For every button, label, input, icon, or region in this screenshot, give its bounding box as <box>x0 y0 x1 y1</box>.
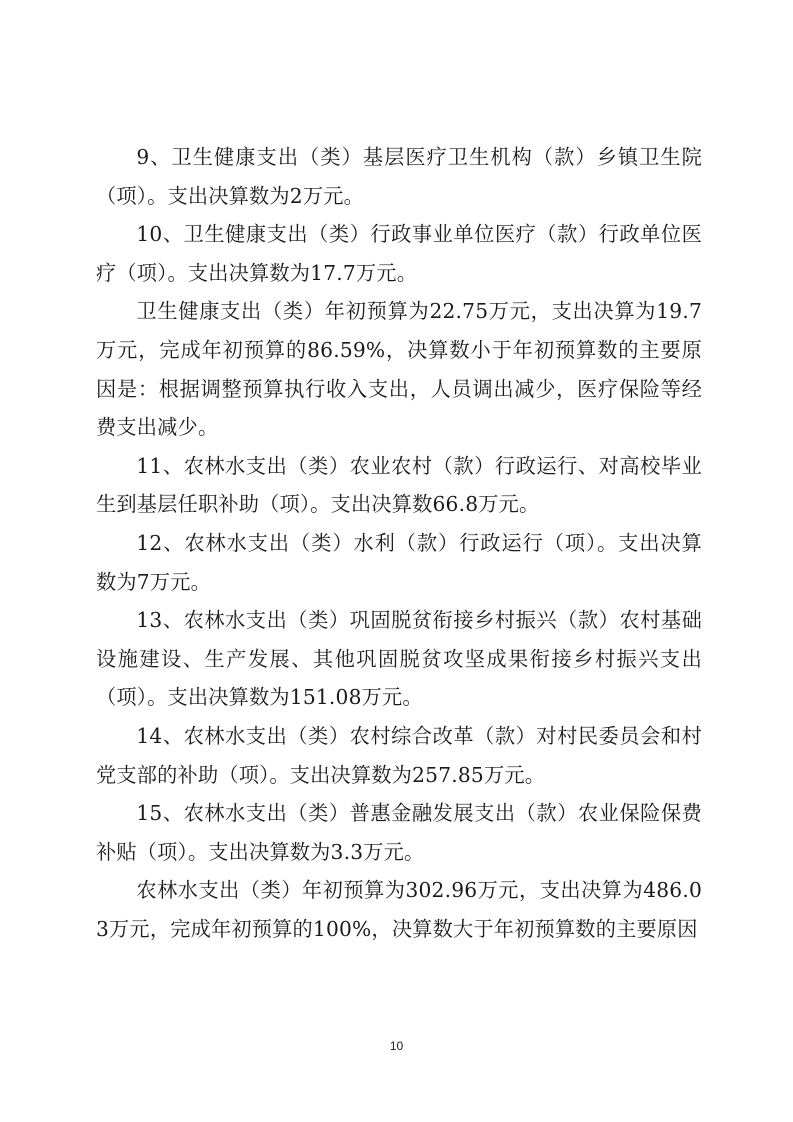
paragraph-agri-summary: 农林水支出（类）年初预算为302.96万元，支出决算为486.03万元，完成年初… <box>96 871 702 948</box>
document-body: 9、卫生健康支出（类）基层医疗卫生机构（款）乡镇卫生院（项）。支出决算数为2万元… <box>96 138 702 948</box>
paragraph-item-12: 12、农林水支出（类）水利（款）行政运行（项）。支出决算数为7万元。 <box>96 524 702 601</box>
paragraph-health-summary: 卫生健康支出（类）年初预算为22.75万元，支出决算为19.7万元，完成年初预算… <box>96 292 702 446</box>
page-number: 10 <box>0 1039 793 1053</box>
paragraph-item-14: 14、农林水支出（类）农村综合改革（款）对村民委员会和村党支部的补助（项）。支出… <box>96 717 702 794</box>
paragraph-item-9: 9、卫生健康支出（类）基层医疗卫生机构（款）乡镇卫生院（项）。支出决算数为2万元… <box>96 138 702 215</box>
paragraph-item-13: 13、农林水支出（类）巩固脱贫衔接乡村振兴（款）农村基础设施建设、生产发展、其他… <box>96 601 702 717</box>
paragraph-item-10: 10、卫生健康支出（类）行政事业单位医疗（款）行政单位医疗（项）。支出决算数为1… <box>96 215 702 292</box>
paragraph-item-11: 11、农林水支出（类）农业农村（款）行政运行、对高校毕业生到基层任职补助（项）。… <box>96 447 702 524</box>
paragraph-item-15: 15、农林水支出（类）普惠金融发展支出（款）农业保险保费补贴（项）。支出决算数为… <box>96 794 702 871</box>
